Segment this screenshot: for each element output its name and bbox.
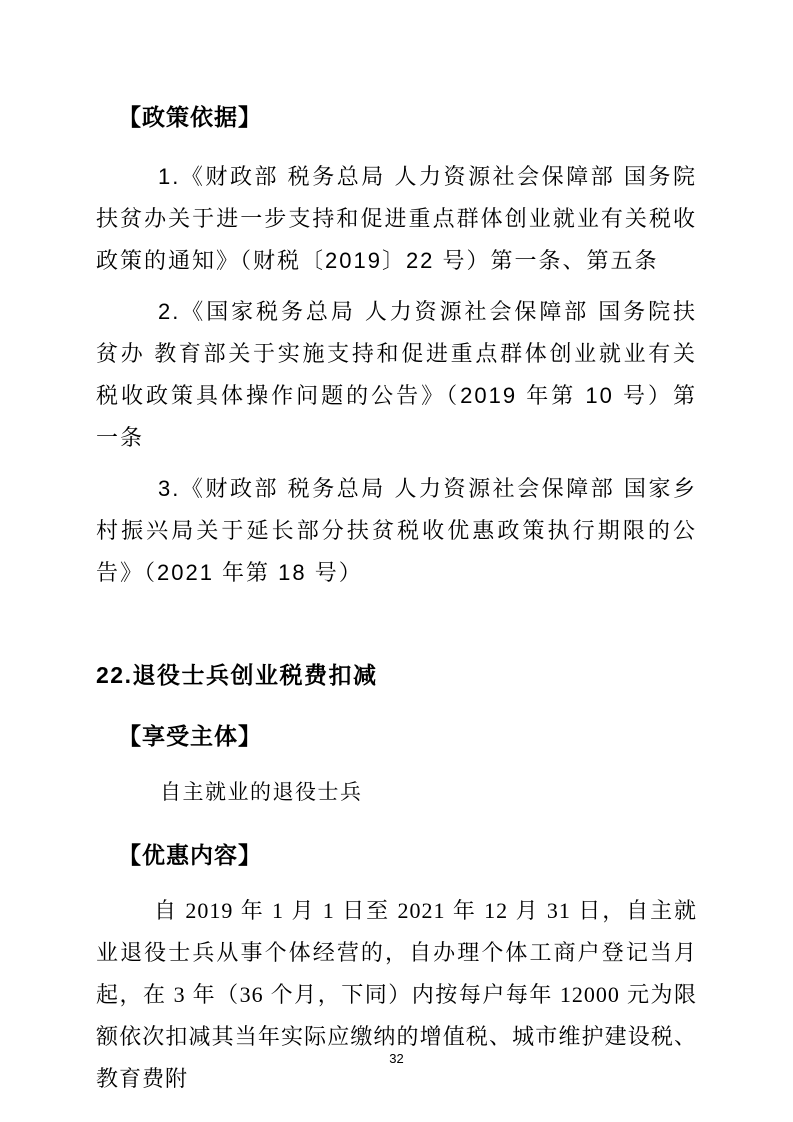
benefit-content-text: 自 2019 年 1 月 1 日至 2021 年 12 月 31 日，自主就业退… (96, 890, 697, 1100)
section-22: 22.退役士兵创业税费扣减 【享受主体】 自主就业的退役士兵 【优惠内容】 自 … (96, 661, 697, 1100)
policy-basis-item: 1.《财政部 税务总局 人力资源社会保障部 国务院扶贫办关于进一步支持和促进重点… (96, 156, 697, 282)
page-content: 【政策依据】 1.《财政部 税务总局 人力资源社会保障部 国务院扶贫办关于进一步… (96, 0, 697, 1100)
policy-basis-item: 2.《国家税务总局 人力资源社会保障部 国务院扶贫办 教育部关于实施支持和促进重… (96, 291, 697, 459)
policy-basis-heading: 【政策依据】 (118, 103, 697, 131)
page-number: 32 (389, 1051, 403, 1066)
eligible-subject-text: 自主就业的退役士兵 (96, 771, 697, 813)
document-page: 【政策依据】 1.《财政部 税务总局 人力资源社会保障部 国务院扶贫办关于进一步… (0, 0, 793, 1122)
eligible-subject-heading: 【享受主体】 (118, 722, 697, 750)
benefit-content-heading: 【优惠内容】 (118, 841, 697, 869)
section-22-heading: 22.退役士兵创业税费扣减 (96, 661, 697, 689)
page-footer: 32 (0, 1050, 793, 1068)
policy-basis-item: 3.《财政部 税务总局 人力资源社会保障部 国家乡村振兴局关于延长部分扶贫税收优… (96, 468, 697, 594)
policy-basis-section: 【政策依据】 1.《财政部 税务总局 人力资源社会保障部 国务院扶贫办关于进一步… (96, 103, 697, 594)
